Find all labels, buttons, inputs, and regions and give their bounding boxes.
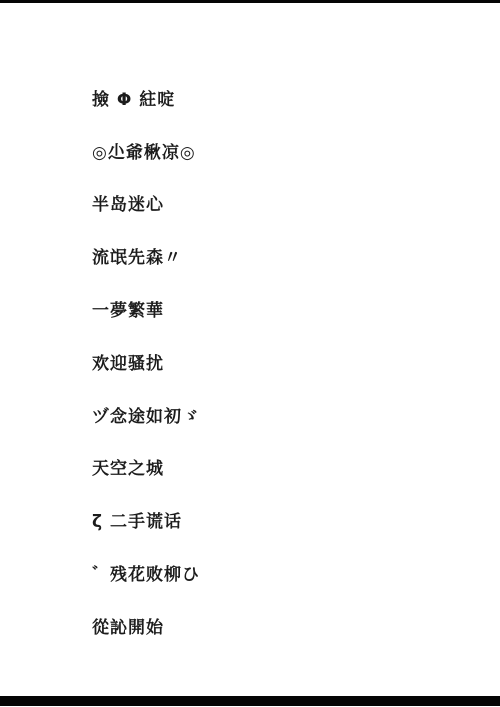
nickname-line: 天空之城 xyxy=(92,441,480,494)
scan-edge-top xyxy=(0,0,500,3)
document-page: 撿 Φ 紸啶◎尐爺楸凉◎半岛迷心流氓先森〃一夢繁華欢迎骚扰ヅ念途如初ゞ天空之城ζ… xyxy=(0,0,500,707)
nickname-line: 撿 Φ 紸啶 xyxy=(92,71,480,124)
scan-edge-bottom xyxy=(0,696,500,706)
nickname-line: 一夢繁華 xyxy=(92,282,480,335)
nickname-line: ◎尐爺楸凉◎ xyxy=(92,124,480,177)
nickname-line: ヅ念途如初ゞ xyxy=(92,388,480,441)
nickname-line: ζ 二手谎话 xyxy=(92,493,480,546)
nickname-line: 從訫開始 xyxy=(92,599,480,652)
nickname-list: 撿 Φ 紸啶◎尐爺楸凉◎半岛迷心流氓先森〃一夢繁華欢迎骚扰ヅ念途如初ゞ天空之城ζ… xyxy=(92,71,480,652)
nickname-line: 半岛迷心 xyxy=(92,177,480,230)
nickname-line: ゛残花败柳ひ xyxy=(92,546,480,599)
nickname-line: 流氓先森〃 xyxy=(92,229,480,282)
nickname-line: 欢迎骚扰 xyxy=(92,335,480,388)
